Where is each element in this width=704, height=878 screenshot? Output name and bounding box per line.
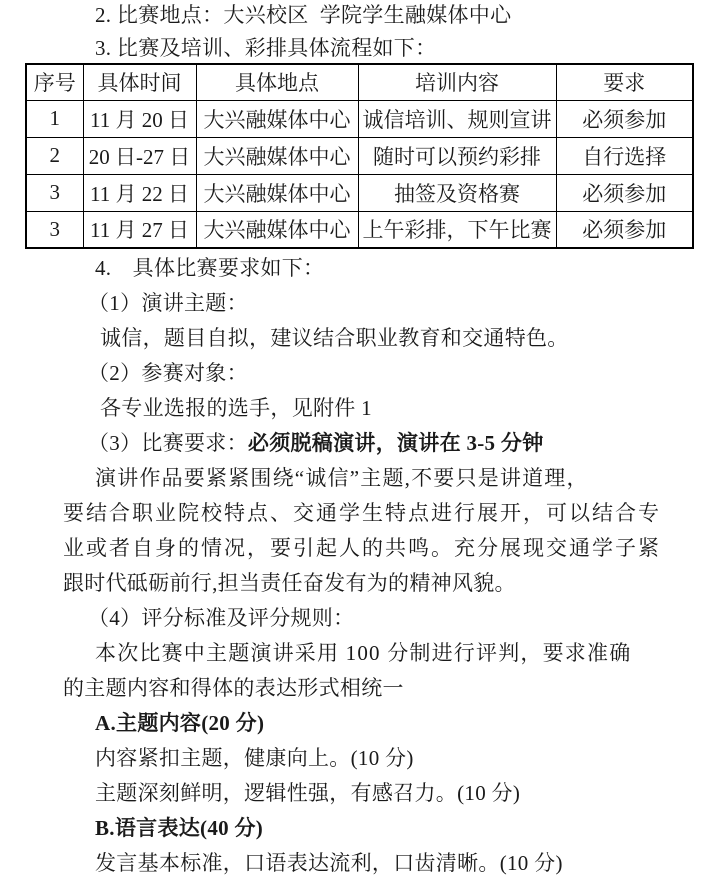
body-line-requirements-heading: 4. 具体比赛要求如下： xyxy=(0,251,704,286)
cell-time: 11 月 22 日 xyxy=(83,174,196,211)
cell-requirement: 必须参加 xyxy=(556,100,693,137)
table-header-row: 序号 具体时间 具体地点 培训内容 要求 xyxy=(26,64,693,100)
body-line-paragraph: 演讲作品要紧紧围绕“诚信”主题,不要只是讲道理， xyxy=(0,461,704,496)
cell-requirement: 自行选择 xyxy=(556,137,693,174)
cell-time: 20 日-27 日 xyxy=(83,137,196,174)
rules-heading-prefix: （3）比赛要求： xyxy=(88,431,248,455)
body-line-paragraph: 业或者自身的情况，要引起人的共鸣。充分展现交通学子紧 xyxy=(0,531,704,566)
table-row: 1 11 月 20 日 大兴融媒体中心 诚信培训、规则宣讲 必须参加 xyxy=(26,100,693,137)
body-line-rules-heading: （3）比赛要求：必须脱稿演讲，演讲在 3-5 分钟 xyxy=(0,426,704,461)
body-line-section-a-heading: A.主题内容(20 分) xyxy=(0,706,704,741)
cell-index: 3 xyxy=(26,174,83,211)
body-line-paragraph: 要结合职业院校特点、交通学生特点进行展开，可以结合专 xyxy=(0,496,704,531)
body-line-criterion: 发言基本标准，口语表达流利，口齿清晰。(10 分) xyxy=(0,846,704,878)
body-line-scoring-heading: （4）评分标准及评分规则： xyxy=(0,601,704,636)
body-line-criterion: 内容紧扣主题，健康向上。(10 分) xyxy=(0,741,704,776)
body-line-participants-detail: 各专业选报的选手，见附件 1 xyxy=(0,391,704,426)
cell-index: 1 xyxy=(26,100,83,137)
cell-content: 诚信培训、规则宣讲 xyxy=(358,100,556,137)
cell-place: 大兴融媒体中心 xyxy=(196,174,358,211)
rules-heading-emphasis: 必须脱稿演讲，演讲在 3-5 分钟 xyxy=(248,431,544,455)
table-row: 3 11 月 27 日 大兴融媒体中心 上午彩排，下午比赛 必须参加 xyxy=(26,211,693,248)
body-line-participants-heading: （2）参赛对象： xyxy=(0,356,704,391)
cell-content: 随时可以预约彩排 xyxy=(358,137,556,174)
body-line-topic-detail: 诚信，题目自拟，建议结合职业教育和交通特色。 xyxy=(0,321,704,356)
cell-time: 11 月 27 日 xyxy=(83,211,196,248)
body-line-topic-heading: （1）演讲主题： xyxy=(0,286,704,321)
col-header-index: 序号 xyxy=(26,64,83,100)
table-row: 3 11 月 22 日 大兴融媒体中心 抽签及资格赛 必须参加 xyxy=(26,174,693,211)
cell-content: 上午彩排，下午比赛 xyxy=(358,211,556,248)
body-text: 4. 具体比赛要求如下： （1）演讲主题： 诚信，题目自拟，建议结合职业教育和交… xyxy=(0,251,704,878)
cell-time: 11 月 20 日 xyxy=(83,100,196,137)
cell-place: 大兴融媒体中心 xyxy=(196,100,358,137)
cell-index: 2 xyxy=(26,137,83,174)
col-header-requirement: 要求 xyxy=(556,64,693,100)
body-line-scoring-detail: 的主题内容和得体的表达形式相统一 xyxy=(0,671,704,706)
col-header-time: 具体时间 xyxy=(83,64,196,100)
cell-content: 抽签及资格赛 xyxy=(358,174,556,211)
cell-requirement: 必须参加 xyxy=(556,211,693,248)
body-line-criterion: 主题深刻鲜明，逻辑性强，有感召力。(10 分) xyxy=(0,776,704,811)
cell-index: 3 xyxy=(26,211,83,248)
body-line-scoring-detail: 本次比赛中主题演讲采用 100 分制进行评判，要求准确 xyxy=(0,636,704,671)
col-header-place: 具体地点 xyxy=(196,64,358,100)
cell-place: 大兴融媒体中心 xyxy=(196,137,358,174)
col-header-content: 培训内容 xyxy=(358,64,556,100)
body-line-section-b-heading: B.语言表达(40 分) xyxy=(0,811,704,846)
body-line-paragraph: 跟时代砥砺前行,担当责任奋发有为的精神风貌。 xyxy=(0,566,704,601)
document-page: 2. 比赛地点：大兴校区 学院学生融媒体中心 3. 比赛及培训、彩排具体流程如下… xyxy=(0,0,704,878)
table-row: 2 20 日-27 日 大兴融媒体中心 随时可以预约彩排 自行选择 xyxy=(26,137,693,174)
schedule-table: 序号 具体时间 具体地点 培训内容 要求 1 11 月 20 日 大兴融媒体中心… xyxy=(25,63,694,249)
intro-line-schedule-heading: 3. 比赛及培训、彩排具体流程如下： xyxy=(95,31,436,66)
cell-place: 大兴融媒体中心 xyxy=(196,211,358,248)
cell-requirement: 必须参加 xyxy=(556,174,693,211)
intro-line-venue: 2. 比赛地点：大兴校区 学院学生融媒体中心 xyxy=(95,0,511,33)
